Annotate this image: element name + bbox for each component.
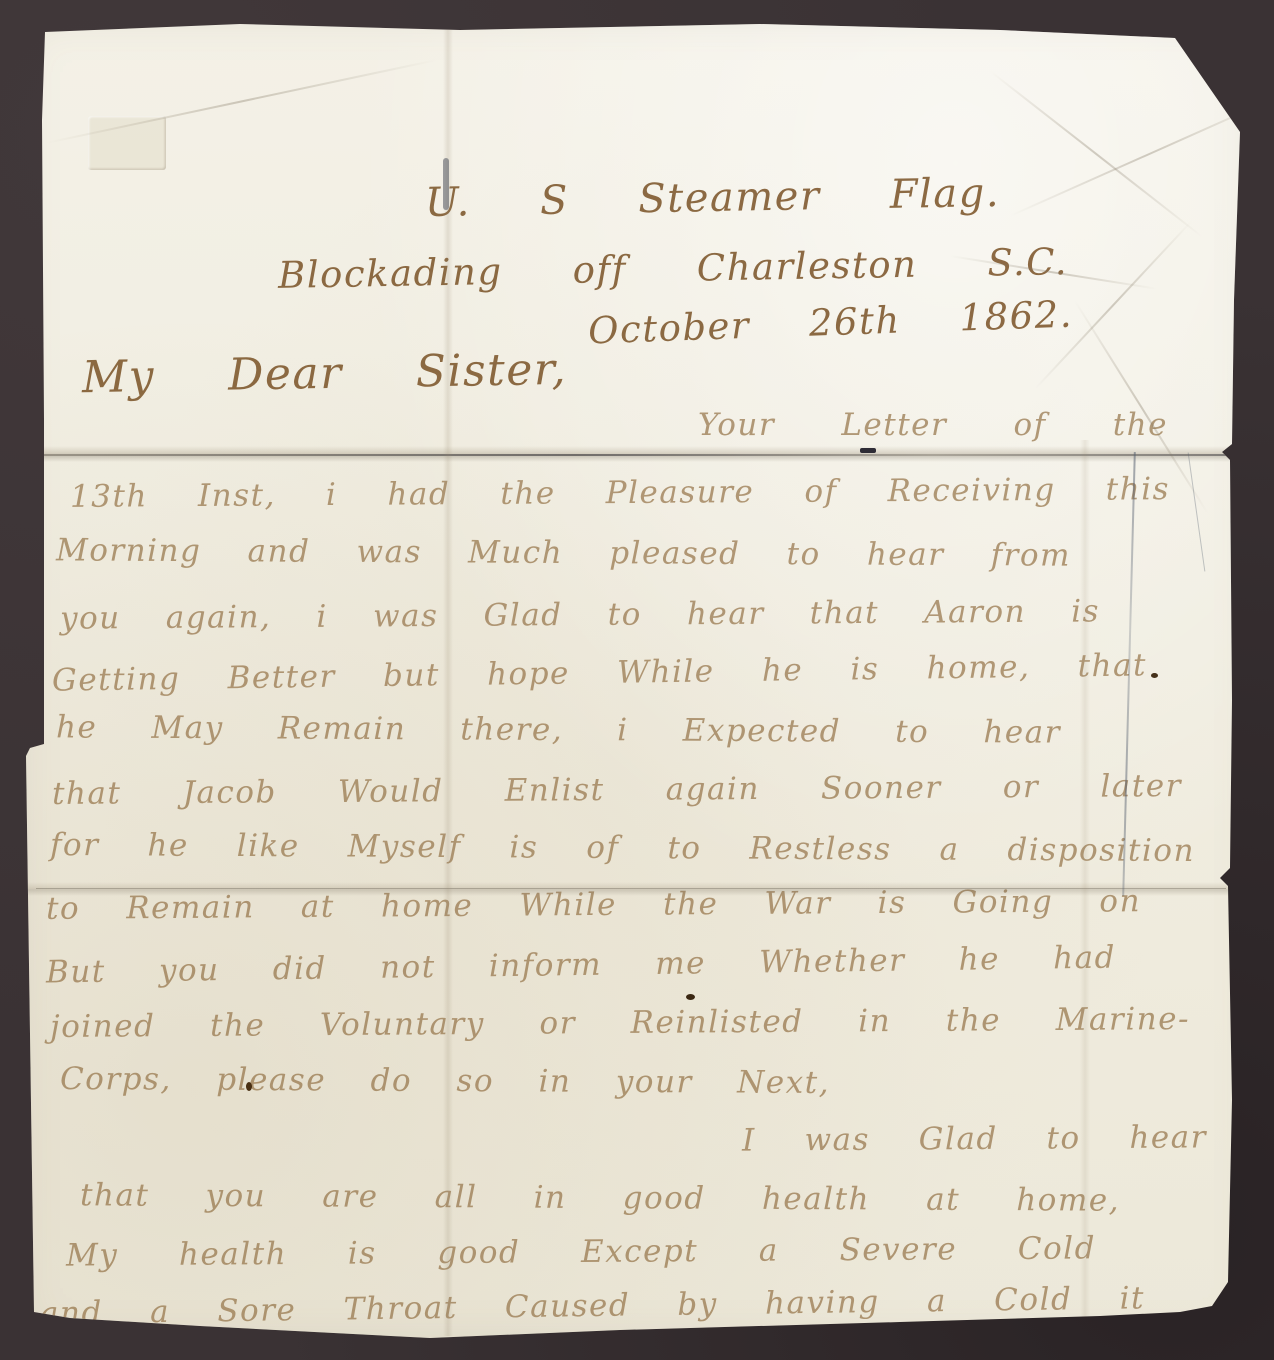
salutation: My Dear Sister, [82, 348, 568, 400]
ink-blot [246, 1082, 252, 1091]
handwritten-line: Corps, please do so in your Next, [60, 1064, 830, 1099]
ink-mark [860, 448, 876, 453]
handwritten-line: Morning and was Much pleased to hear fro… [56, 535, 1071, 571]
opening-phrase: Your Letter of the [698, 410, 1168, 441]
scan-background: U. S Steamer Flag. Blockading off Charle… [0, 0, 1274, 1360]
handwritten-line: My health is good Except a Severe Cold [66, 1233, 1096, 1271]
handwritten-line: I was Glad to hear [742, 1122, 1207, 1156]
handwritten-line: you again, i was Glad to hear that Aaron… [60, 596, 1100, 634]
handwritten-line: that you are all in good health at home, [80, 1180, 1120, 1216]
handwritten-line: for he like Myself is of to Restless a d… [50, 830, 1195, 867]
handwritten-line: to Remain at home While the War is Going… [46, 886, 1141, 925]
ink-blot [1151, 673, 1158, 678]
letter-paper: U. S Steamer Flag. Blockading off Charle… [0, 0, 1274, 1360]
ink-blot [686, 994, 695, 1000]
handwritten-line: 13th Inst, i had the Pleasure of Receivi… [70, 474, 1170, 513]
fold-stain [443, 158, 449, 210]
heading-line-1: U. S Steamer Flag. [425, 173, 1001, 223]
handwritten-line: that Jacob Would Enlist again Sooner or … [52, 771, 1182, 810]
handwritten-line: joined the Voluntary or Reinlisted in th… [50, 1004, 1190, 1043]
handwritten-line: he May Remain there, i Expected to hear [56, 712, 1061, 748]
